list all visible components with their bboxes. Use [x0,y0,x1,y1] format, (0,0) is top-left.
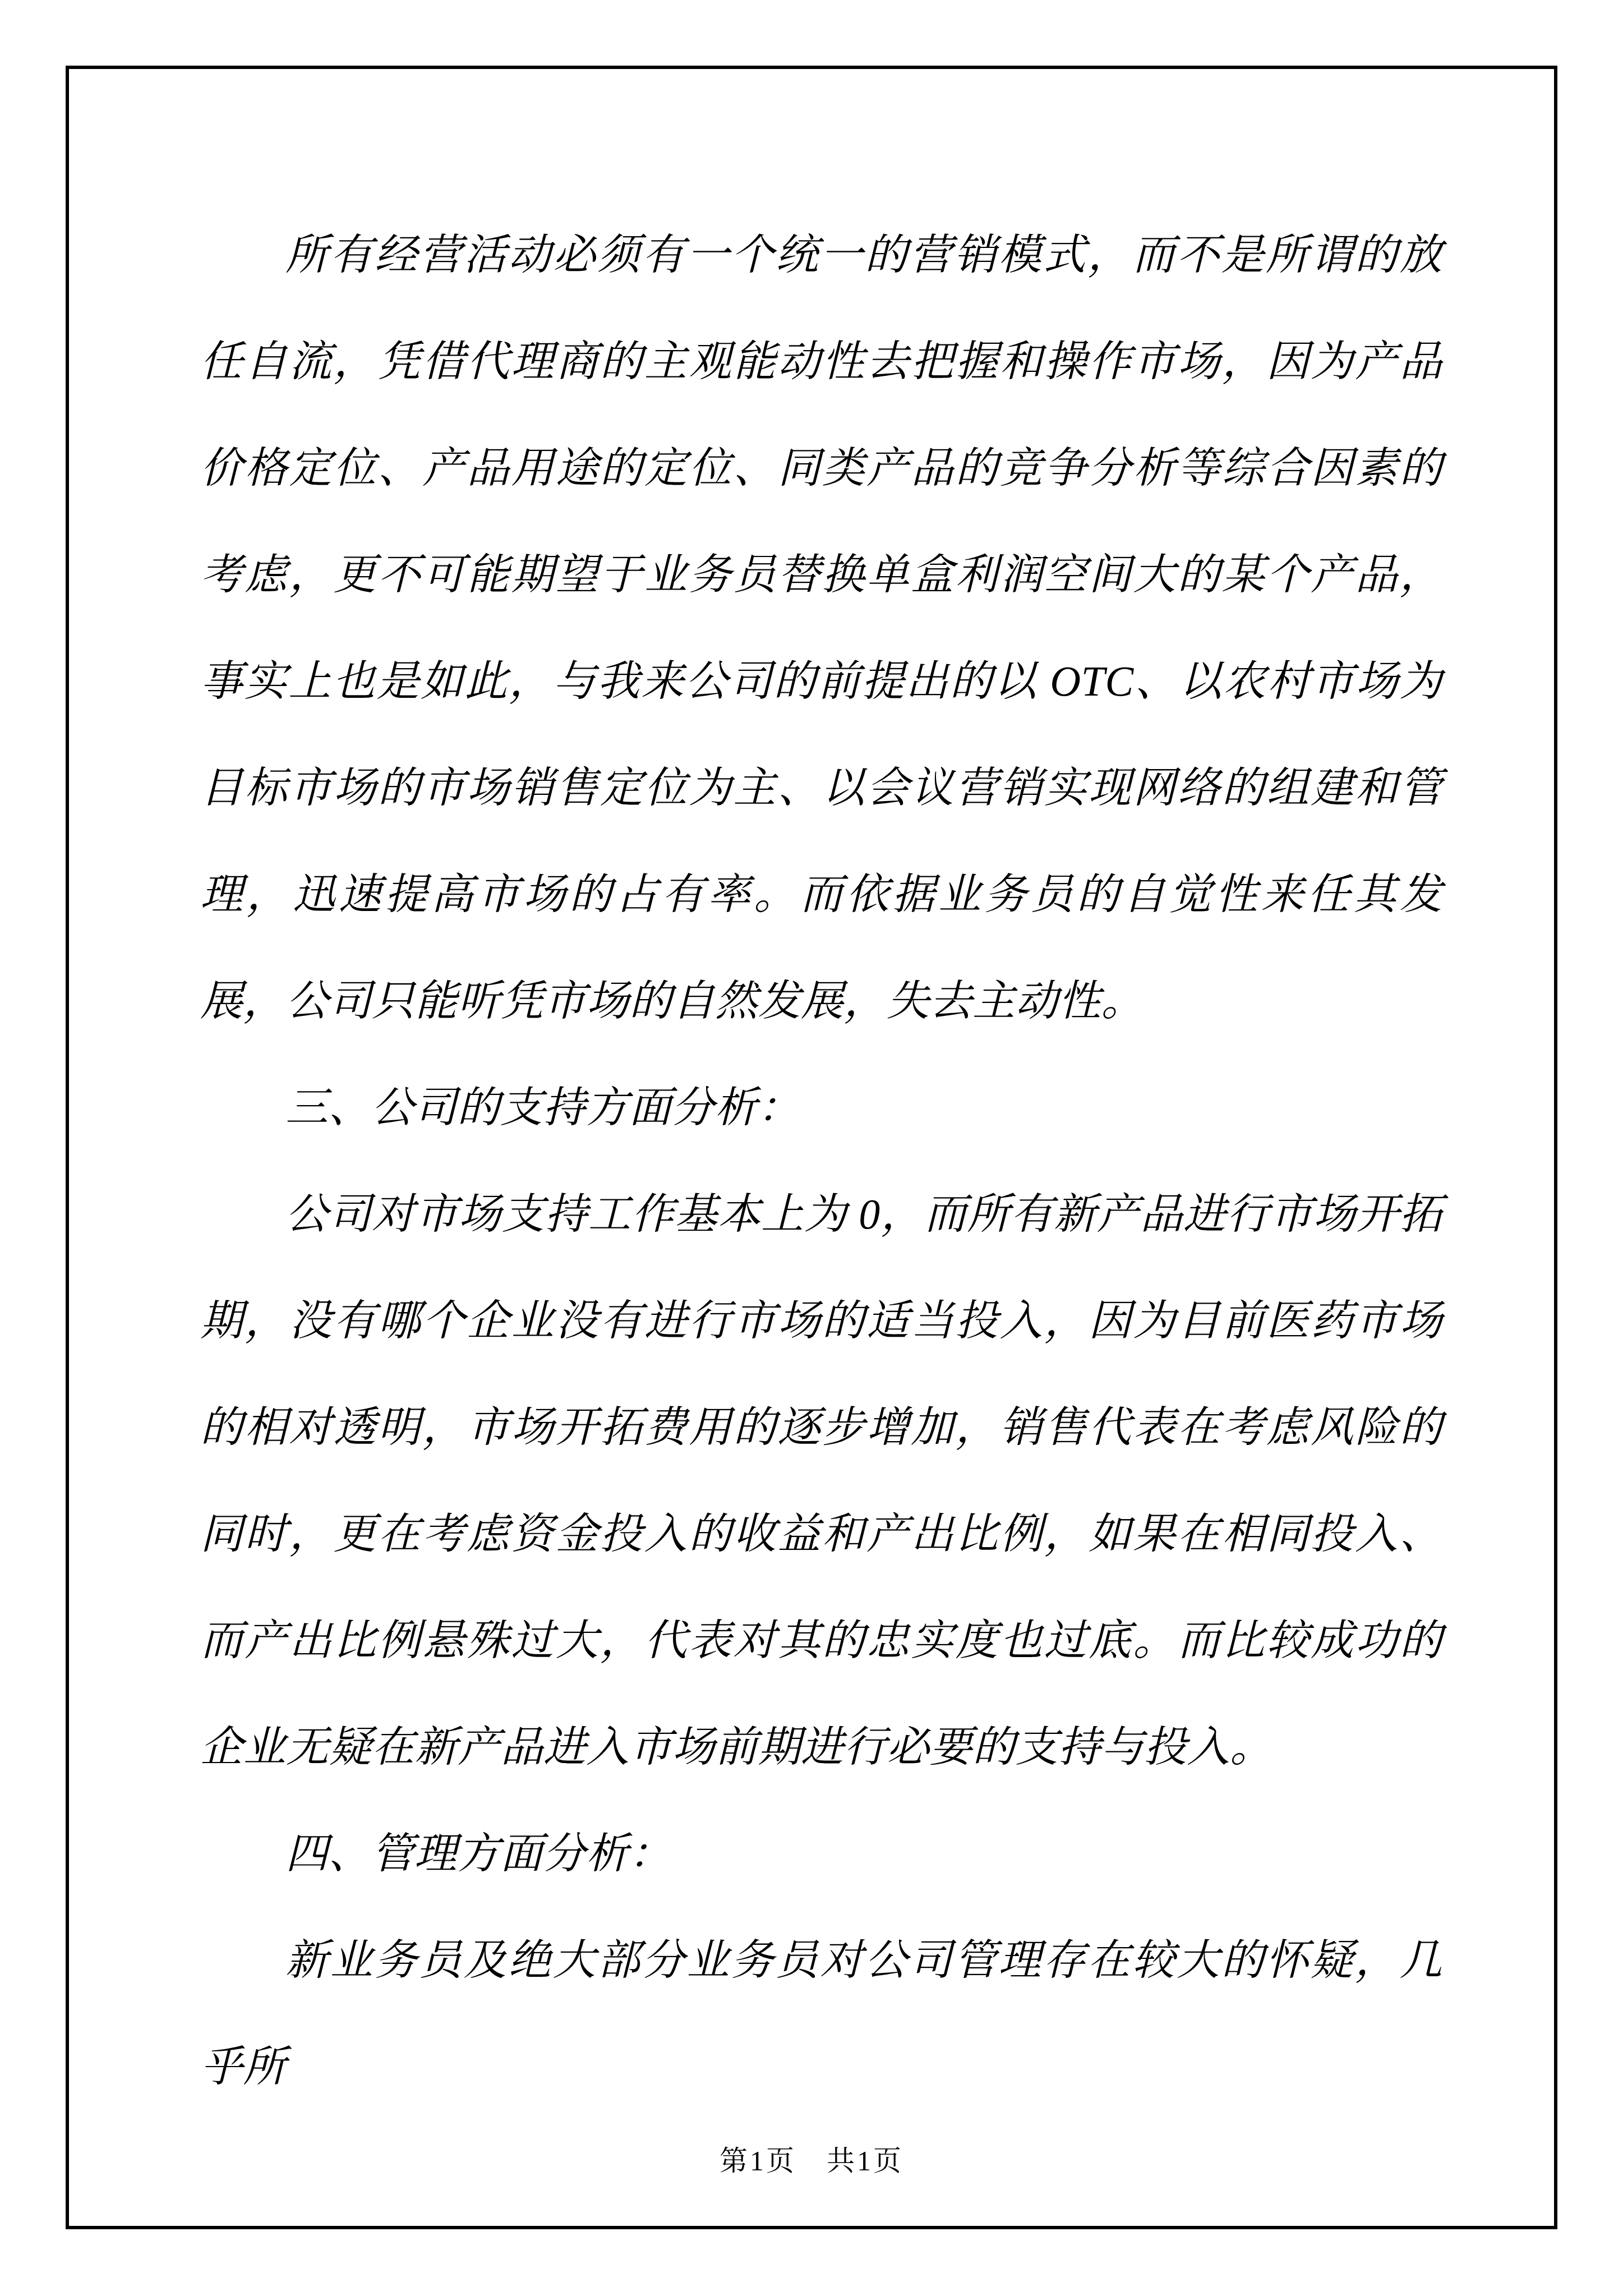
paragraph: 公司对市场支持工作基本上为 0，而所有新产品进行市场开拓期，没有哪个企业没有进行… [200,1161,1442,1801]
document-page: 所有经营活动必须有一个统一的营销模式，而不是所谓的放任自流，凭借代理商的主观能动… [0,0,1623,2296]
document-body: 所有经营活动必须有一个统一的营销模式，而不是所谓的放任自流，凭借代理商的主观能动… [200,202,1442,2120]
paragraph: 新业务员及绝大部分业务员对公司管理存在较大的怀疑，几乎所 [200,1907,1442,2120]
paragraph: 所有经营活动必须有一个统一的营销模式，而不是所谓的放任自流，凭借代理商的主观能动… [200,202,1442,1055]
page-footer: 第1页 共1页 [0,2138,1623,2179]
paragraph: 三、公司的支持方面分析： [200,1055,1442,1161]
paragraph: 四、管理方面分析： [200,1801,1442,1907]
